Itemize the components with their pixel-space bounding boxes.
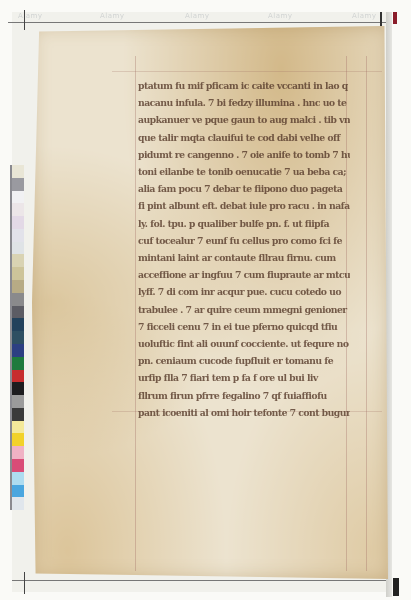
color-swatch: [12, 370, 24, 383]
watermark: Alamy: [352, 12, 376, 20]
text-line: acceffione ar ingfuu 7 cum fiupraute ar …: [138, 267, 350, 284]
color-swatch: [12, 178, 24, 191]
color-swatch: [12, 472, 24, 485]
color-swatch: [12, 421, 24, 434]
color-swatch: [12, 165, 24, 178]
text-line: alia fam pocu 7 debar te fiipono duo pag…: [138, 181, 350, 198]
ruling-line-outer: [366, 56, 367, 571]
color-swatch: [12, 446, 24, 459]
color-swatch: [12, 306, 24, 319]
text-line: cuf tocealur 7 eunf fu cellus pro como f…: [138, 233, 350, 250]
color-swatch: [12, 357, 24, 370]
color-swatch: [12, 395, 24, 408]
text-line: uoluftic fint ali ouunf cocciente. ut fe…: [138, 336, 350, 353]
text-line: ptatum fu mif pficam ic caite vccanti in…: [138, 78, 350, 95]
text-line: ly. fol. tpu. p qualiber bulfe pn. f. ut…: [138, 216, 350, 233]
text-line: fi pint albunt eft. debat iule pro racu …: [138, 198, 350, 215]
watermark: Alamy: [185, 12, 209, 20]
text-line: pant icoeniti al omi hoir tefonte 7 cont…: [138, 405, 350, 422]
text-line: urfip flla 7 fiari tem p fa f ore ul bui…: [138, 370, 350, 387]
text-line: pidumt re cangenno . 7 oie anife to tomb…: [138, 147, 350, 164]
crop-mark-top-right: [380, 12, 382, 28]
ruling-line-top: [112, 71, 382, 72]
text-line: mintani laint ar contaute fllrau firnu. …: [138, 250, 350, 267]
page-tab-red: [393, 12, 397, 24]
color-swatch: [12, 459, 24, 472]
color-swatch: [12, 293, 24, 306]
watermark: Alamy: [18, 12, 42, 20]
manuscript-text-column: ptatum fu mif pficam ic caite vccanti in…: [138, 78, 350, 422]
text-line: trabulee . 7 ar quire ceum mmegni genion…: [138, 302, 350, 319]
color-swatch: [12, 254, 24, 267]
color-swatch: [12, 267, 24, 280]
page-tab-black: [393, 578, 399, 596]
color-swatch: [12, 331, 24, 344]
color-swatch: [12, 485, 24, 498]
crop-mark-top: [8, 22, 388, 23]
watermark: Alamy: [100, 12, 124, 20]
color-swatch: [12, 408, 24, 421]
color-swatch: [12, 203, 24, 216]
text-line: toni eilanbe te tonib oenucatie 7 ua beb…: [138, 164, 350, 181]
text-line: lyff. 7 di com inr acqur pue. cucu coted…: [138, 284, 350, 301]
ruling-line-left: [135, 56, 136, 571]
color-swatch: [12, 497, 24, 510]
color-swatch: [12, 344, 24, 357]
crop-mark-top-left: [24, 10, 25, 30]
text-line: pn. ceniaum cucode fupfluit er tomanu fe: [138, 353, 350, 370]
text-line: fllrum firun pfrre fegalino 7 qf fuiaffi…: [138, 388, 350, 405]
color-swatch: [12, 191, 24, 204]
color-swatch: [12, 318, 24, 331]
text-line: nacanu infula. 7 bi fedzy illumina . hnc…: [138, 95, 350, 112]
color-swatch: [12, 229, 24, 242]
color-swatch: [12, 280, 24, 293]
text-line: aupkanuer ve pque gaun to aug malci . ti…: [138, 112, 350, 129]
crop-mark-bottom-left: [24, 572, 25, 594]
color-swatch: [12, 433, 24, 446]
text-line: 7 ficceli cenu 7 in ei tue pferno quicqd…: [138, 319, 350, 336]
text-line: que talir mqta clauifui te cod dabi velh…: [138, 130, 350, 147]
color-swatch: [12, 216, 24, 229]
color-swatch: [12, 382, 24, 395]
color-calibration-target: [12, 165, 24, 510]
color-swatch: [12, 242, 24, 255]
crop-mark-bottom: [12, 580, 392, 581]
watermark: Alamy: [268, 12, 292, 20]
